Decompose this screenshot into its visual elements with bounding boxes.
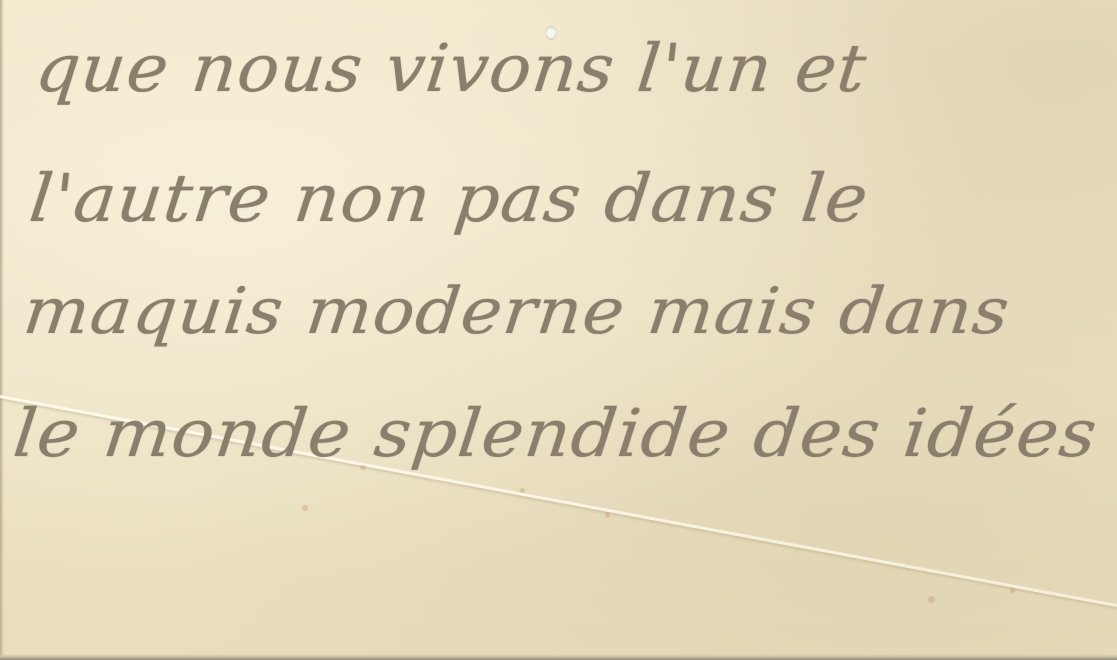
handwriting-line-4: le monde splendide des idées	[10, 395, 1102, 472]
foxing-spot	[1010, 588, 1015, 593]
foxing-spot	[520, 488, 525, 493]
handwriting-line-2: l'autre non pas dans le	[26, 160, 873, 237]
handwriting-line-3: maquis moderne mais dans	[20, 275, 1014, 349]
foxing-spot	[302, 505, 308, 511]
card-bottom-edge	[0, 654, 1117, 660]
foxing-spot	[605, 512, 610, 518]
handwritten-card: que nous vivons l'un et l'autre non pas …	[0, 0, 1117, 660]
card-left-edge	[0, 0, 4, 660]
foxing-spot	[928, 596, 935, 603]
handwriting-line-1: que nous vivons l'un et	[32, 30, 871, 107]
